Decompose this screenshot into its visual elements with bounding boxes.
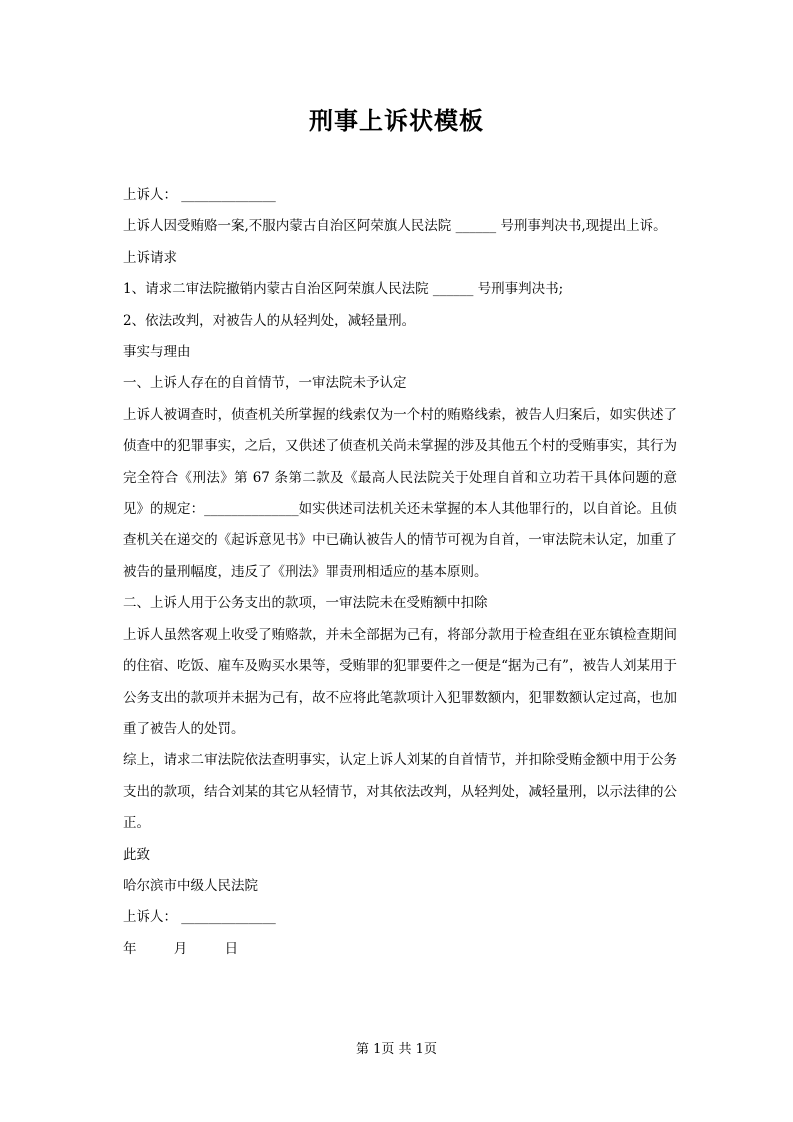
facts-reasons-heading: 事实与理由 xyxy=(123,337,677,368)
closing-summary: 综上，请求二审法院依法查明事实，认定上诉人刘某的自首情节，并扣除受贿金额中用于公… xyxy=(123,745,677,839)
date-month-label: 月 xyxy=(174,934,188,965)
court-name-line: 哈尔滨市中级人民法院 xyxy=(123,871,677,902)
section-2-heading: 二、上诉人用于公务支出的款项，一审法院未在受贿额中扣除 xyxy=(123,588,677,619)
appellant-line: 上诉人： ______________ xyxy=(123,180,677,211)
document-title: 刑事上诉状模板 xyxy=(0,101,793,136)
section-1-heading: 一、上诉人存在的自首情节，一审法院未予认定 xyxy=(123,368,677,399)
document-page: 刑事上诉状模板 上诉人： ______________ 上诉人因受贿赂一案,不服… xyxy=(0,0,793,1122)
case-intro-line: 上诉人因受贿赂一案,不服内蒙古自治区阿荣旗人民法院 ______ 号刑事判决书,… xyxy=(123,211,677,242)
salute-line: 此致 xyxy=(123,840,677,871)
section-1-body: 上诉人被调查时，侦查机关所掌握的线索仅为一个村的贿赂线索，被告人归案后，如实供述… xyxy=(123,400,677,588)
section-2-body: 上诉人虽然客观上收受了贿赂款，并未全部据为己有，将部分款用于检查组在亚东镇检查期… xyxy=(123,620,677,746)
date-year-label: 年 xyxy=(123,934,137,965)
request-item-2: 2、依法改判，对被告人的从轻判处，减轻量刑。 xyxy=(123,306,677,337)
signature-appellant-line: 上诉人： ______________ xyxy=(123,902,677,933)
date-line: 年 月 日 xyxy=(123,934,677,965)
appeal-request-heading: 上诉请求 xyxy=(123,243,677,274)
document-body: 上诉人： ______________ 上诉人因受贿赂一案,不服内蒙古自治区阿荣… xyxy=(123,180,677,965)
page-number-indicator: 第 1页 共 1页 xyxy=(0,1041,793,1059)
date-day-label: 日 xyxy=(225,934,239,965)
request-item-1: 1、请求二审法院撤销内蒙古自治区阿荣旗人民法院 ______ 号刑事判决书; xyxy=(123,274,677,305)
